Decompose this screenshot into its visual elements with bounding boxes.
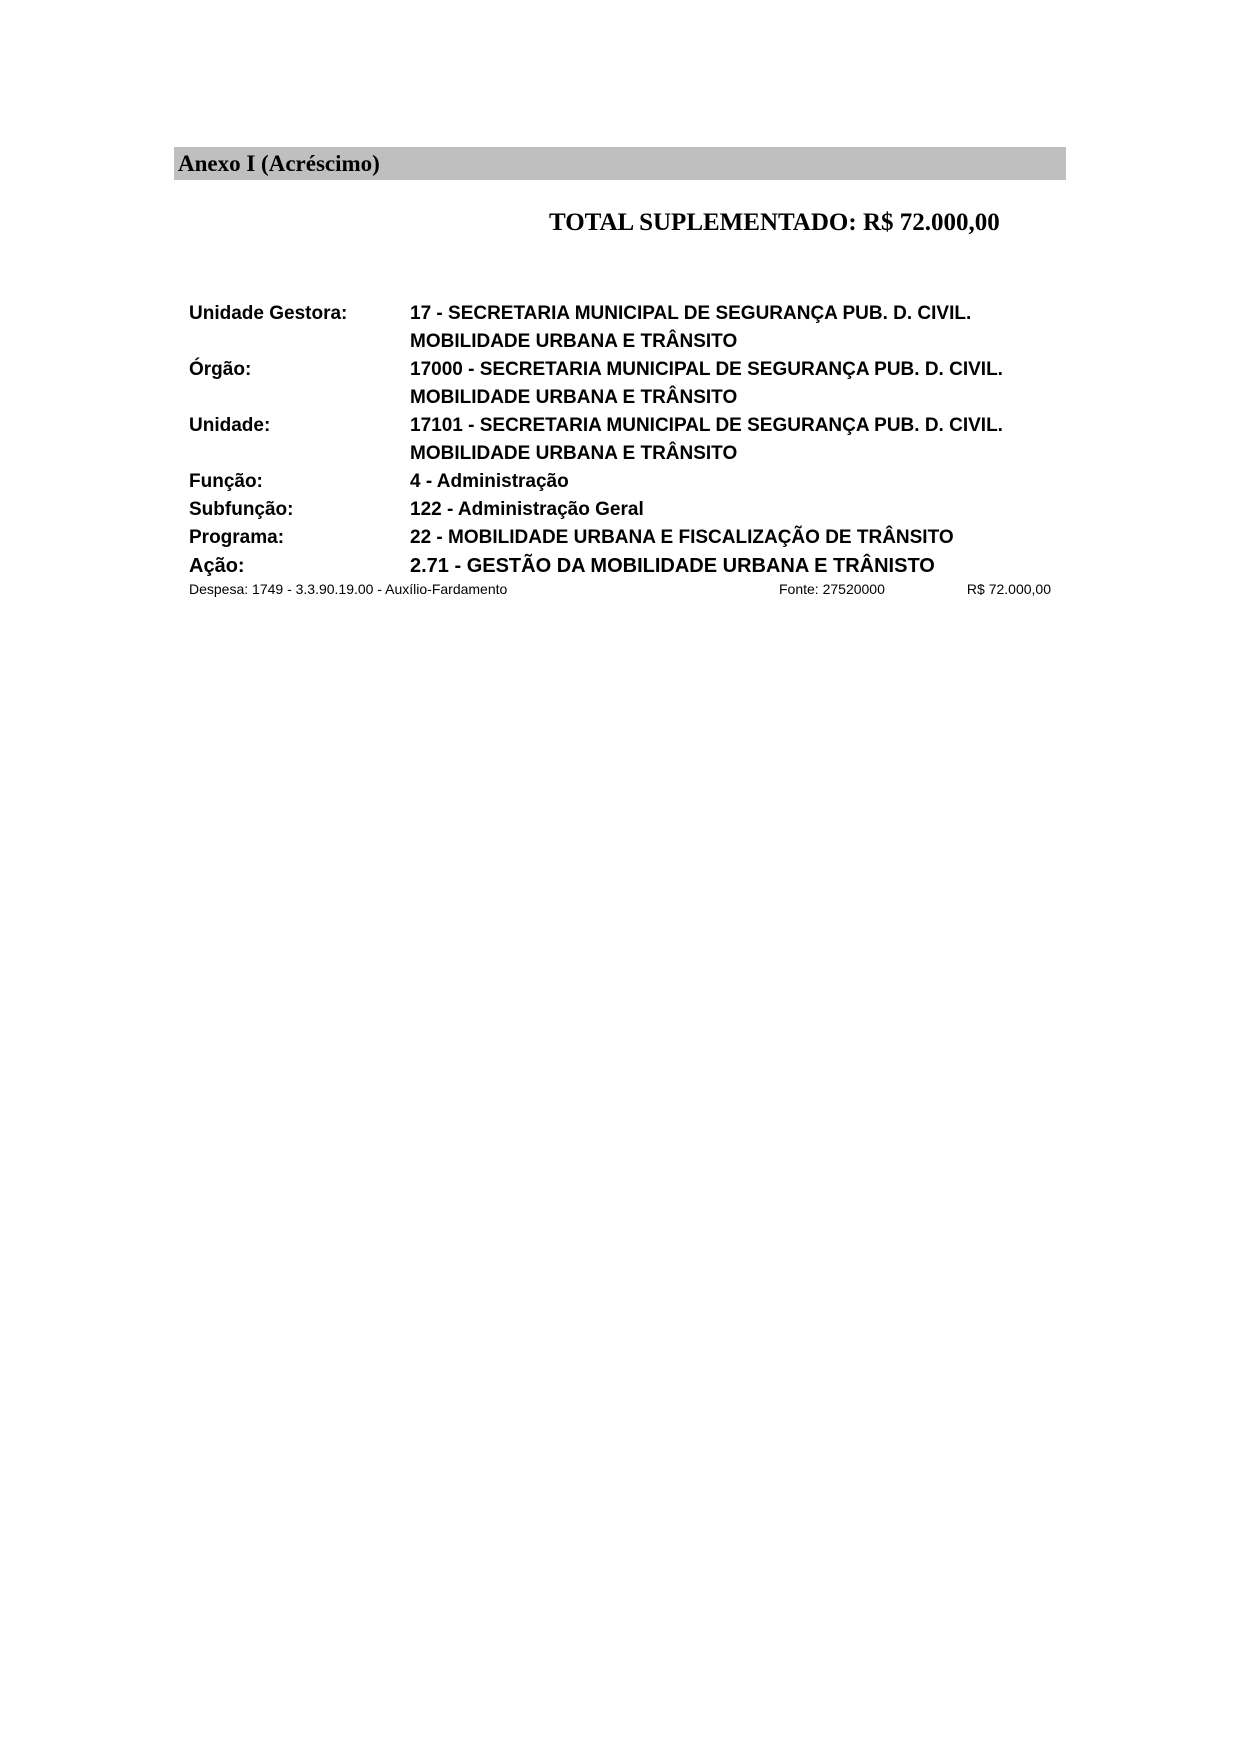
field-value-line: 17 - SECRETARIA MUNICIPAL DE SEGURANÇA P… bbox=[410, 300, 1069, 328]
field-value: 4 - Administração bbox=[410, 468, 1069, 496]
annex-title: Anexo I (Acréscimo) bbox=[178, 150, 380, 177]
field-value: 17000 - SECRETARIA MUNICIPAL DE SEGURANÇ… bbox=[410, 356, 1069, 412]
field-row-unidade: Unidade: 17101 - SECRETARIA MUNICIPAL DE… bbox=[189, 412, 1069, 468]
field-value-line: 17101 - SECRETARIA MUNICIPAL DE SEGURANÇ… bbox=[410, 412, 1069, 440]
field-value: 17101 - SECRETARIA MUNICIPAL DE SEGURANÇ… bbox=[410, 412, 1069, 468]
expense-description: Despesa: 1749 - 3.3.90.19.00 - Auxílio-F… bbox=[189, 580, 507, 598]
expense-amount: R$ 72.000,00 bbox=[967, 580, 1051, 598]
field-row-subfuncao: Subfunção: 122 - Administração Geral bbox=[189, 496, 1069, 524]
field-row-unidade-gestora: Unidade Gestora: 17 - SECRETARIA MUNICIP… bbox=[189, 300, 1069, 356]
field-value: 22 - MOBILIDADE URBANA E FISCALIZAÇÃO DE… bbox=[410, 524, 1069, 552]
field-value-line: 17000 - SECRETARIA MUNICIPAL DE SEGURANÇ… bbox=[410, 356, 1069, 384]
field-label: Unidade: bbox=[189, 412, 410, 468]
field-value-line: 4 - Administração bbox=[410, 468, 1069, 496]
field-row-acao: Ação: 2.71 - GESTÃO DA MOBILIDADE URBANA… bbox=[189, 552, 1069, 580]
field-row-funcao: Função: 4 - Administração bbox=[189, 468, 1069, 496]
annex-header-bar: Anexo I (Acréscimo) bbox=[174, 147, 1066, 180]
field-value: 17 - SECRETARIA MUNICIPAL DE SEGURANÇA P… bbox=[410, 300, 1069, 356]
expense-row: Despesa: 1749 - 3.3.90.19.00 - Auxílio-F… bbox=[189, 580, 1054, 598]
field-label: Unidade Gestora: bbox=[189, 300, 410, 356]
field-label: Função: bbox=[189, 468, 410, 496]
field-value: 122 - Administração Geral bbox=[410, 496, 1069, 524]
field-label: Subfunção: bbox=[189, 496, 410, 524]
field-row-orgao: Órgão: 17000 - SECRETARIA MUNICIPAL DE S… bbox=[189, 356, 1069, 412]
field-value-line: MOBILIDADE URBANA E TRÂNSITO bbox=[410, 384, 1069, 412]
total-supplemented: TOTAL SUPLEMENTADO: R$ 72.000,00 bbox=[549, 208, 1000, 238]
field-value-line: 122 - Administração Geral bbox=[410, 496, 1069, 524]
field-row-programa: Programa: 22 - MOBILIDADE URBANA E FISCA… bbox=[189, 524, 1069, 552]
field-value-line: MOBILIDADE URBANA E TRÂNSITO bbox=[410, 328, 1069, 356]
budget-classification-table: Unidade Gestora: 17 - SECRETARIA MUNICIP… bbox=[189, 300, 1069, 580]
field-value-line: 2.71 - GESTÃO DA MOBILIDADE URBANA E TRÂ… bbox=[410, 552, 1069, 580]
field-value-line: 22 - MOBILIDADE URBANA E FISCALIZAÇÃO DE… bbox=[410, 524, 1069, 552]
expense-source: Fonte: 27520000 bbox=[779, 580, 885, 598]
field-value-line: MOBILIDADE URBANA E TRÂNSITO bbox=[410, 440, 1069, 468]
field-label: Órgão: bbox=[189, 356, 410, 412]
field-label: Ação: bbox=[189, 552, 410, 580]
field-value: 2.71 - GESTÃO DA MOBILIDADE URBANA E TRÂ… bbox=[410, 552, 1069, 580]
field-label: Programa: bbox=[189, 524, 410, 552]
